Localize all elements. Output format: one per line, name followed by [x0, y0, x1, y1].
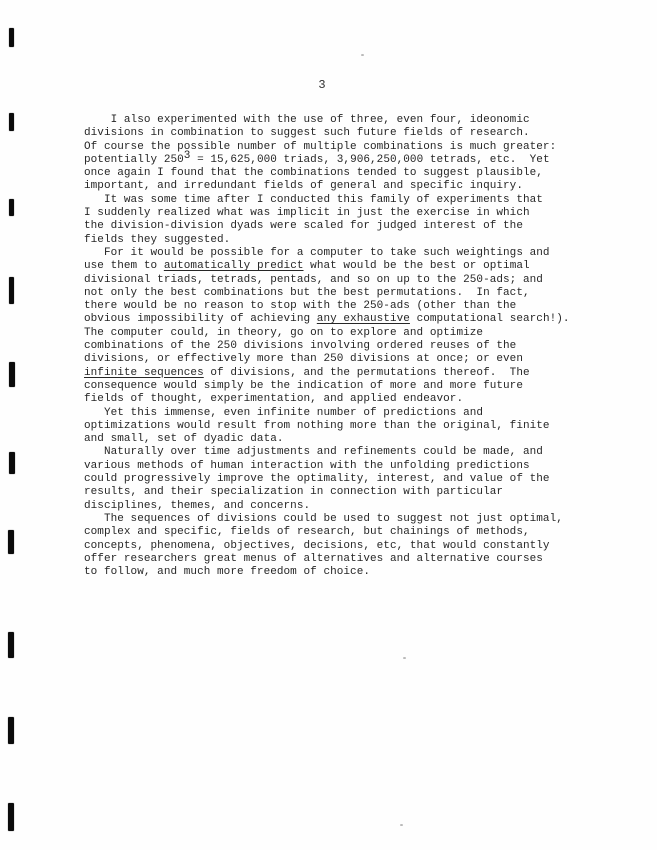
text-line: Yet this immense, even infinite number o… [84, 407, 570, 420]
text-segment: For it would be possible for a computer … [84, 247, 550, 259]
text-segment: The computer could, in theory, go on to … [84, 327, 483, 339]
binding-mark [8, 530, 14, 554]
text-line: not only the best combinations but the b… [84, 287, 570, 300]
text-segment: and small, set of dyadic data. [84, 433, 284, 445]
text-line: once again I found that the combinations… [84, 167, 570, 180]
text-segment: important, and irredundant fields of gen… [84, 180, 523, 192]
text-line: and small, set of dyadic data. [84, 433, 570, 446]
text-segment: concepts, phenomena, objectives, decisio… [84, 540, 550, 552]
text-line: fields of thought, experimentation, and … [84, 393, 570, 406]
binding-mark [9, 113, 14, 131]
binding-mark [9, 28, 14, 47]
text-segment: not only the best combinations but the b… [84, 287, 530, 299]
text-segment: complex and specific, fields of research… [84, 526, 530, 538]
text-segment: The sequences of divisions could be used… [84, 513, 563, 525]
text-line: obvious impossibility of achieving any e… [84, 313, 570, 326]
text-segment: the division-division dyads were scaled … [84, 220, 523, 232]
text-line: Of course the possible number of multipl… [84, 141, 570, 154]
binding-mark [9, 277, 14, 304]
text-line: divisional triads, tetrads, pentads, and… [84, 274, 570, 287]
text-segment: offer researchers great menus of alterna… [84, 553, 543, 565]
text-line: disciplines, themes, and concerns. [84, 500, 570, 513]
binding-mark [8, 803, 14, 831]
text-line: to follow, and much more freedom of choi… [84, 566, 570, 579]
text-segment: results, and their specialization in con… [84, 486, 503, 498]
text-segment: what would be the best or optimal [304, 260, 530, 272]
text-segment: once again I found that the combinations… [84, 167, 543, 179]
binding-mark [9, 452, 15, 474]
text-segment: divisions in combination to suggest such… [84, 127, 530, 139]
text-line: For it would be possible for a computer … [84, 247, 570, 260]
text-line: I suddenly realized what was implicit in… [84, 207, 570, 220]
underlined-phrase: any exhaustive [317, 313, 410, 325]
text-line: consequence would simply be the indicati… [84, 380, 570, 393]
text-line: optimizations would result from nothing … [84, 420, 570, 433]
text-segment: divisions, or effectively more than 250 … [84, 353, 523, 365]
text-line: concepts, phenomena, objectives, decisio… [84, 540, 570, 553]
text-segment: optimizations would result from nothing … [84, 420, 550, 432]
text-segment: obvious impossibility of achieving [84, 313, 317, 325]
text-segment: could progressively improve the optimali… [84, 473, 550, 485]
text-segment: Yet this immense, even infinite number o… [84, 407, 483, 419]
text-line: The sequences of divisions could be used… [84, 513, 570, 526]
text-segment: use them to [84, 260, 164, 272]
text-segment: to follow, and much more freedom of choi… [84, 566, 370, 578]
binding-mark [8, 632, 14, 658]
text-line: complex and specific, fields of research… [84, 526, 570, 539]
text-line: results, and their specialization in con… [84, 486, 570, 499]
typewritten-text: I also experimented with the use of thre… [84, 114, 570, 579]
text-segment: consequence would simply be the indicati… [84, 380, 523, 392]
text-line: could progressively improve the optimali… [84, 473, 570, 486]
text-line: divisions, or effectively more than 250 … [84, 353, 570, 366]
text-segment: disciplines, themes, and concerns. [84, 500, 310, 512]
text-segment: = 15,625,000 triads, 3,906,250,000 tetra… [190, 154, 549, 166]
text-line: the division-division dyads were scaled … [84, 220, 570, 233]
page-number: 3 [84, 78, 560, 92]
text-segment: various methods of human interaction wit… [84, 460, 530, 472]
text-line: offer researchers great menus of alterna… [84, 553, 570, 566]
text-line: infinite sequences of divisions, and the… [84, 367, 570, 380]
text-line: It was some time after I conducted this … [84, 194, 570, 207]
text-segment: Of course the possible number of multipl… [84, 141, 556, 153]
underlined-phrase: automatically predict [164, 260, 304, 272]
text-line: important, and irredundant fields of gen… [84, 180, 570, 193]
binding-mark [9, 362, 15, 387]
text-line: fields they suggested. [84, 234, 570, 247]
superscript: 3 [184, 150, 191, 162]
text-line: The computer could, in theory, go on to … [84, 327, 570, 340]
text-segment: divisional triads, tetrads, pentads, and… [84, 274, 543, 286]
text-segment: computational search!). [410, 313, 570, 325]
text-line: combinations of the 250 divisions involv… [84, 340, 570, 353]
text-line: there would be no reason to stop with th… [84, 300, 570, 313]
text-segment: I also experimented with the use of thre… [84, 114, 530, 126]
text-line: various methods of human interaction wit… [84, 460, 570, 473]
text-segment: I suddenly realized what was implicit in… [84, 207, 530, 219]
text-segment: fields they suggested. [84, 234, 230, 246]
scan-speck [361, 54, 364, 56]
text-line: use them to automatically predict what w… [84, 260, 570, 273]
binding-mark [8, 717, 14, 744]
text-segment: potentially 250 [84, 154, 184, 166]
text-segment: Naturally over time adjustments and refi… [84, 446, 543, 458]
text-segment: combinations of the 250 divisions involv… [84, 340, 516, 352]
text-line: divisions in combination to suggest such… [84, 127, 570, 140]
scan-speck [403, 657, 406, 659]
text-segment: It was some time after I conducted this … [84, 194, 543, 206]
text-line: Naturally over time adjustments and refi… [84, 446, 570, 459]
scanned-document-page: 3 I also experimented with the use of th… [0, 0, 657, 850]
text-segment: there would be no reason to stop with th… [84, 300, 516, 312]
scan-speck [400, 824, 403, 826]
text-line: potentially 2503 = 15,625,000 triads, 3,… [84, 154, 570, 167]
binding-mark [9, 199, 14, 216]
text-segment: fields of thought, experimentation, and … [84, 393, 463, 405]
underlined-phrase: infinite sequences [84, 367, 204, 379]
text-line: I also experimented with the use of thre… [84, 114, 570, 127]
text-segment: of divisions, and the permutations there… [204, 367, 530, 379]
